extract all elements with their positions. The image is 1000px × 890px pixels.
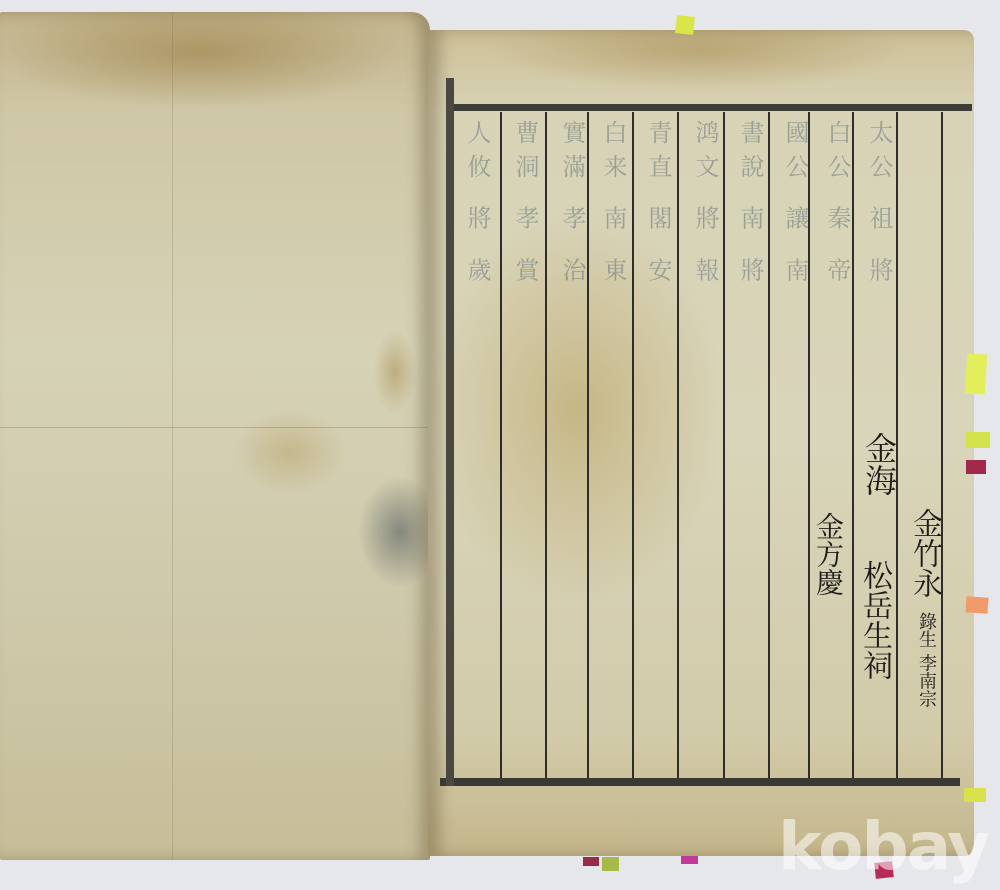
column-rule	[941, 112, 943, 778]
fold-crease-vertical	[172, 12, 173, 860]
faded-text: 鸿文 將 報	[688, 120, 723, 291]
ruled-border-top	[448, 104, 972, 111]
column-rule	[723, 112, 725, 778]
handwritten-name: 金竹永	[902, 508, 946, 598]
watermark-logo: kobay	[778, 808, 988, 885]
index-tab	[602, 857, 619, 871]
index-tab	[583, 857, 599, 866]
column-rule	[677, 112, 679, 778]
index-tab	[675, 15, 695, 35]
column-rule	[632, 112, 634, 778]
faded-text: 青直 閣 安	[641, 120, 676, 291]
faded-text: 曹洞 孝 賞	[508, 120, 543, 291]
faded-text: 太公 祖 將	[862, 120, 897, 291]
index-tab	[966, 432, 990, 448]
index-tab	[966, 460, 986, 474]
index-tab	[965, 596, 988, 613]
manuscript-photo: 人攸 將 歲 曹洞 孝 賞 實滿 孝 治 白来 南 東 青直 閣 安 鸿文 將 …	[0, 0, 1000, 890]
faded-text: 書說 南 將	[733, 120, 768, 291]
faded-text: 國公 讓 南	[778, 120, 813, 291]
fold-crease-horizontal	[0, 427, 430, 428]
column-rule	[768, 112, 770, 778]
faded-text: 實滿 孝 治	[555, 120, 590, 291]
handwritten-note: 錄生 李南宗	[913, 612, 939, 708]
faded-text: 白公 秦 帝	[820, 120, 855, 291]
index-tab	[965, 353, 988, 394]
ruled-border-left	[446, 78, 454, 786]
index-tab	[681, 856, 698, 864]
handwritten-name: 金方慶	[808, 512, 848, 596]
faded-text: 白来 南 東	[596, 120, 631, 291]
handwritten-name: 金海	[856, 432, 902, 496]
index-tab	[964, 788, 986, 802]
column-rule	[545, 112, 547, 778]
ruled-border-bottom	[440, 778, 960, 786]
left-page	[0, 12, 430, 860]
handwritten-name: 松岳生祠	[852, 560, 896, 680]
faded-text: 人攸 將 歲	[460, 120, 495, 291]
column-rule	[500, 112, 502, 778]
